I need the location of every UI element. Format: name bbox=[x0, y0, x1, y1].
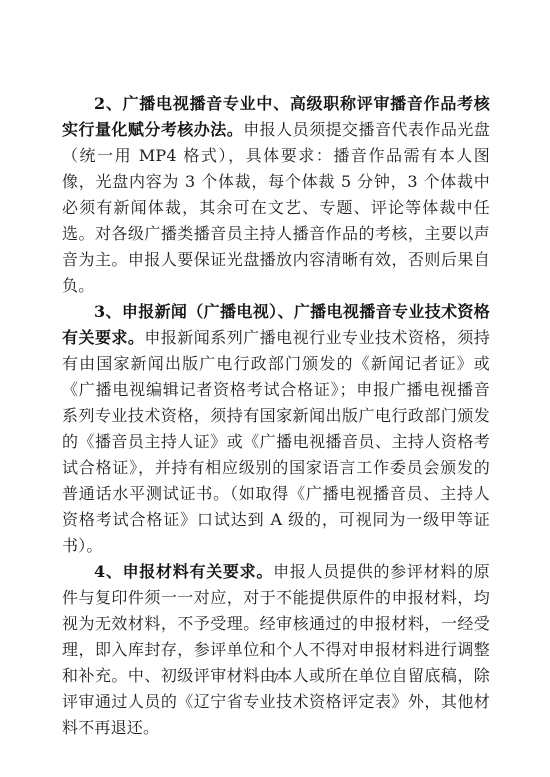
paragraph-4-text: 申报人员提供的参评材料的原件与复印件须一一对应，对于不能提供原件的申报材料，均视… bbox=[62, 562, 490, 737]
paragraph-3: 3、申报新闻（广播电视）、广播电视播音专业技术资格有关要求。申报新闻系列广播电视… bbox=[62, 299, 490, 559]
paragraph-4-lead: 4、申报材料有关要求。 bbox=[94, 562, 273, 581]
document-page: 2、广播电视播音专业中、高级职称评审播音作品考核实行量化赋分考核办法。申报人员须… bbox=[0, 0, 550, 777]
paragraph-4: 4、申报材料有关要求。申报人员提供的参评材料的原件与复印件须一一对应，对于不能提… bbox=[62, 559, 490, 741]
paragraph-2: 2、广播电视播音专业中、高级职称评审播音作品考核实行量化赋分考核办法。申报人员须… bbox=[62, 91, 490, 299]
paragraph-3-text: 申报新闻系列广播电视行业专业技术资格，须持有由国家新闻出版广电行政部门颁发的《新… bbox=[62, 328, 490, 555]
page-number: 7 bbox=[0, 671, 550, 689]
document-body: 2、广播电视播音专业中、高级职称评审播音作品考核实行量化赋分考核办法。申报人员须… bbox=[62, 91, 490, 741]
paragraph-2-text: 申报人员须提交播音代表作品光盘（统一用 MP4 格式），具体要求：播音作品需有本… bbox=[62, 120, 490, 295]
